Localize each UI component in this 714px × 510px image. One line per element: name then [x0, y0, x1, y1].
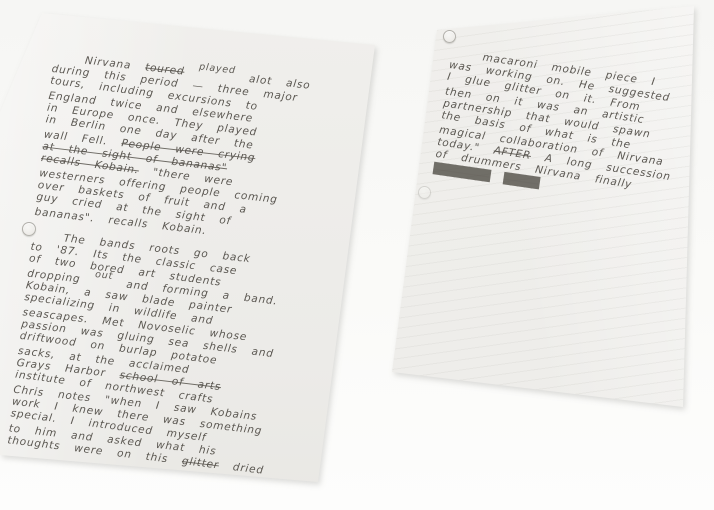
right-page-shadow: macaroni mobile piece Iwas working on. H…: [0, 0, 714, 510]
right-page: macaroni mobile piece Iwas working on. H…: [0, 0, 714, 510]
handwriting-text: [489, 171, 505, 185]
scanned-notes-canvas: Nirvana toured played alot alsoduring th…: [0, 0, 714, 510]
hole-punch: [418, 186, 431, 199]
right-page-handwriting: macaroni mobile piece Iwas working on. H…: [431, 46, 711, 224]
hole-punch: [443, 30, 456, 43]
handwriting-paragraph: macaroni mobile piece Iwas working on. H…: [433, 46, 711, 214]
